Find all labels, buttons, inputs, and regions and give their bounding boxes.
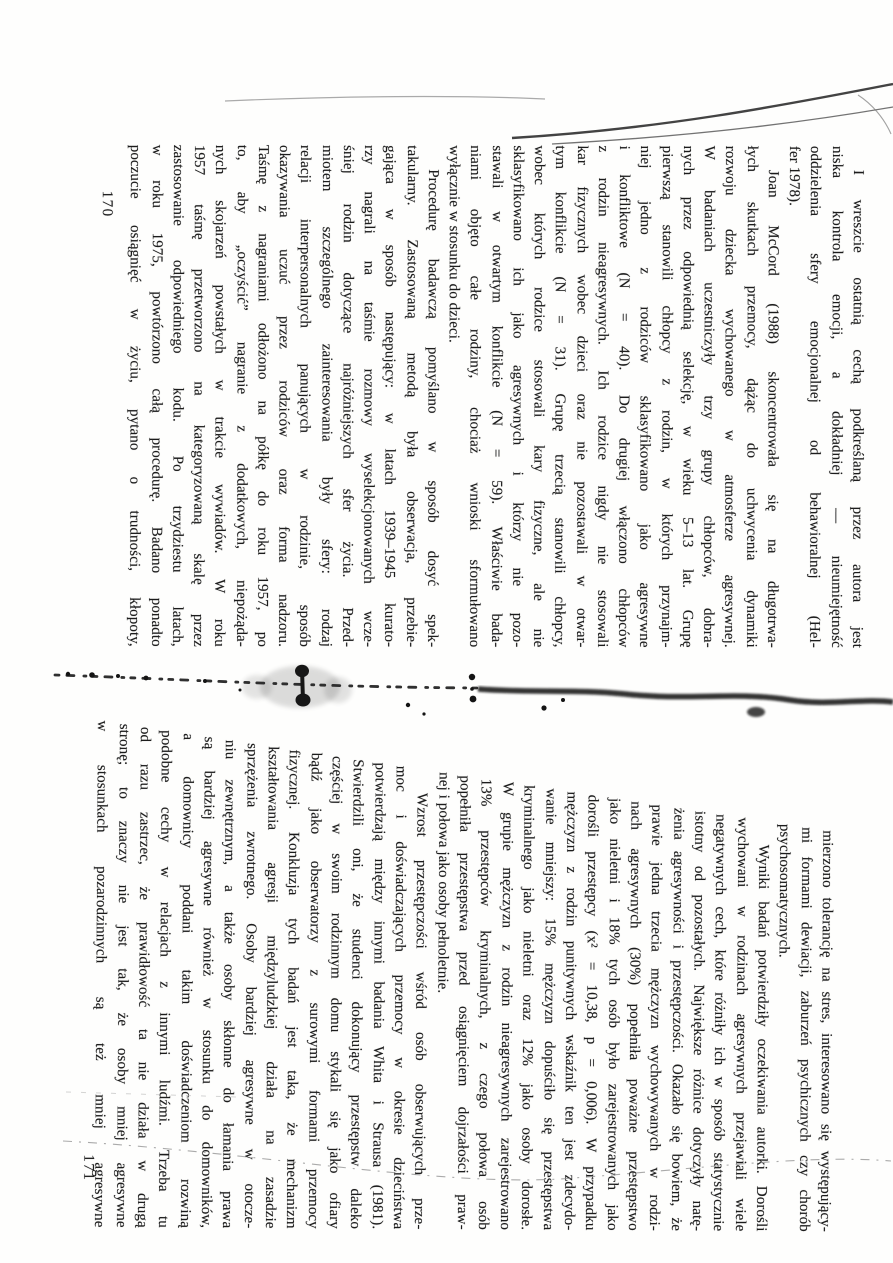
text-line: mężczyzn z rodzin punitywnych wskaźnik t… [557, 791, 581, 1230]
text-line: wanie mniejszy: 15% mężczyzn dopuściło s… [536, 788, 560, 1230]
scanned-book-spread: I wreszcie ostatnią cechą podkreślaną pr… [0, 0, 893, 1263]
text-line: fizycznej. Konkluzja tych badań jest tak… [280, 750, 304, 1229]
text-line: tym konflikcie (N = 31). Grupę trzecią s… [548, 145, 570, 647]
text-line: łych skutkach przemocy, dążąc do uchwyce… [740, 146, 762, 648]
text-line: wyłącznie w stosunku do dzieci. [442, 145, 464, 647]
text-line: stronę; to znaczy nie jest tak, że osoby… [109, 724, 133, 1228]
text-line: niska kontrola emocji, a dokładniej — ni… [825, 146, 847, 648]
text-line: popełniła przestępstwa przed osiągnięcie… [451, 775, 475, 1229]
text-line: wychowani w rodzinach agresywnych przeja… [728, 817, 752, 1231]
text-line: i konfliktowe (N = 40). Do drugiej włącz… [612, 146, 634, 648]
gutter-shadow-band [478, 689, 893, 702]
page-curl-edge-inner [552, 107, 893, 144]
text-line: niami objęto całe rodziny, chociaż wnios… [463, 145, 485, 647]
text-line: rzy nagrali na taśmie rozmowy wyselekcjo… [357, 145, 379, 647]
text-line: mierzono tolerancję na stres, interesowa… [814, 830, 838, 1232]
text-line: w stosunkach pozarodzinnych są też mniej… [88, 720, 112, 1227]
page-top-edge-line [225, 97, 545, 101]
text-line: stawali w otwartym konflikcie (N = 59). … [485, 145, 507, 647]
text-line: negatywnych cech, które różniły ich w sp… [707, 814, 731, 1231]
text-line: miotem szczególnego zainteresowania były… [315, 145, 337, 647]
text-line: Wyniki badań potwierdziły oczekiwania au… [750, 821, 774, 1232]
text-line: częściej w swoim rodzinnym domu stykali … [323, 756, 347, 1229]
text-line: relacji interpersonalnych panujących w r… [293, 145, 315, 647]
text-line: Taśmę z nagraniami odłożono na półkę do … [251, 145, 273, 647]
text-line: a domownicy poddani takim doświadczeniom… [173, 733, 197, 1228]
page-171-text: mierzono tolerancję na stres, interesowa… [88, 720, 838, 1232]
text-line: jako nieletni i 18% tych osób było zarej… [600, 798, 624, 1231]
text-line: 1957 taśmę przetworzono na kategoryzowan… [187, 145, 209, 647]
text-line: śniej rodzin dotyczące najróżniejszych s… [336, 145, 358, 647]
text-line: I wreszcie ostatnią cechą podkreślaną pr… [846, 146, 868, 648]
page-number-171: 171 [79, 1154, 96, 1181]
text-line: kar fizycznych wobec dzieci oraz nie poz… [570, 145, 592, 647]
text-line: to, aby „oczyścić” nagranie z dodatkowyc… [230, 145, 252, 647]
text-line: niu zewnętrznym, a także osoby skłonne d… [216, 740, 240, 1229]
text-line: gająca w sposób następujący: w latach 19… [378, 145, 400, 647]
text-line: oddzielenia sfery emocjonalnej od behawi… [803, 146, 825, 648]
text-line: Stwierdzili oni, że studenci dokonujący … [344, 759, 368, 1229]
page-170: I wreszcie ostatnią cechą podkreślaną pr… [67, 145, 868, 648]
text-line: 13% przestępców kryminalnych, z czego po… [472, 779, 496, 1230]
text-line: nach agresywnych (30%) popełniła poważne… [621, 801, 645, 1231]
text-line: istotny od pozostałych. Największe różni… [685, 811, 709, 1231]
text-line: poczucie osiągnięć w życiu, pytano o tru… [123, 145, 145, 647]
text-line: kształtowania agresji międzyludzkiej dzi… [259, 746, 283, 1228]
gutter-dotted-line [55, 675, 478, 688]
text-line: takularny. Zastosowaną metodą była obser… [400, 145, 422, 647]
text-line: sprzężenia zwrotnego. Osoby bardziej agr… [237, 743, 261, 1228]
text-line: niej jedno z rodziców sklasyfikowano jak… [633, 146, 655, 648]
text-line: od razu zastrzec, że prawidłowość ta nie… [131, 727, 155, 1228]
page-171: mierzono tolerancję na stres, interesowa… [35, 720, 838, 1232]
text-line: fer 1978). [782, 146, 804, 648]
text-line: Procedurę badawczą pomyślano w sposób do… [421, 145, 443, 647]
text-line: prawie jedna trzecia mężczyzn wychowywan… [643, 804, 667, 1231]
text-line: rozwoju dziecka wychowanego w atmosferze… [718, 146, 740, 648]
text-line: zastosowanie odpowiedniego kodu. Po trzy… [166, 145, 188, 647]
text-line: nej i połowa jako osoby pełnoletnie. [429, 772, 453, 1230]
page-curl-edge [512, 84, 893, 138]
text-line: żenia agresywności i przestępczości. Oka… [664, 808, 688, 1231]
corner-fold-line [858, 95, 891, 134]
text-line: w roku 1975, powtórzono całą procedurę. … [145, 145, 167, 647]
text-line: dorośli przestępcy (x² = 10,38, p = 0,00… [579, 795, 603, 1231]
page-number-170: 170 [98, 191, 115, 218]
page-170-text: I wreszcie ostatnią cechą podkreślaną pr… [123, 145, 868, 648]
text-line: nych skojarzeń powstałych w trakcie wywi… [208, 145, 230, 647]
text-line: okazywania uczuć przez rodziców oraz for… [272, 145, 294, 647]
text-line: potwierdzają między innymi badania Whita… [365, 762, 389, 1229]
text-line: są bardziej agresywne również w stosunku… [195, 737, 219, 1229]
text-line: moc i doświadczających przemocy w okresi… [387, 766, 411, 1230]
text-line: z rodzin nieagresywnych. Ich rodzice nig… [591, 146, 613, 648]
text-line: nych przez odpowiednią selekcję, w wieku… [676, 146, 698, 648]
text-line: Joan McCord (1988) skoncentrowała się na… [761, 146, 783, 648]
text-line: wobec których rodzice stosowali kary fiz… [527, 145, 549, 647]
text-line: pierwszą stanowili chłopcy z rodzin, w k… [655, 146, 677, 648]
text-line: psychosomatycznych. [771, 824, 795, 1232]
text-line: Wzrost przestępczości wśród osób obserwu… [408, 769, 432, 1230]
text-line: bądź jako obserwatorzy z surowymi formam… [301, 753, 325, 1229]
text-line: sklasyfikowano ich jako agresywnych i kt… [506, 145, 528, 647]
text-line: W grupie mężczyzn z rodzin nieagresywnyc… [493, 782, 517, 1230]
gutter-ink-specks [66, 665, 765, 717]
text-line: podobne cechy w relacjach z innymi ludźm… [152, 730, 176, 1228]
text-line: kryminalnego jako nieletni oraz 12% jako… [515, 785, 539, 1230]
text-line: mi formami dewiacji, zaburzeń psychiczny… [792, 827, 816, 1232]
text-line: W badaniach uczestniczyły trzy grupy chł… [697, 146, 719, 648]
